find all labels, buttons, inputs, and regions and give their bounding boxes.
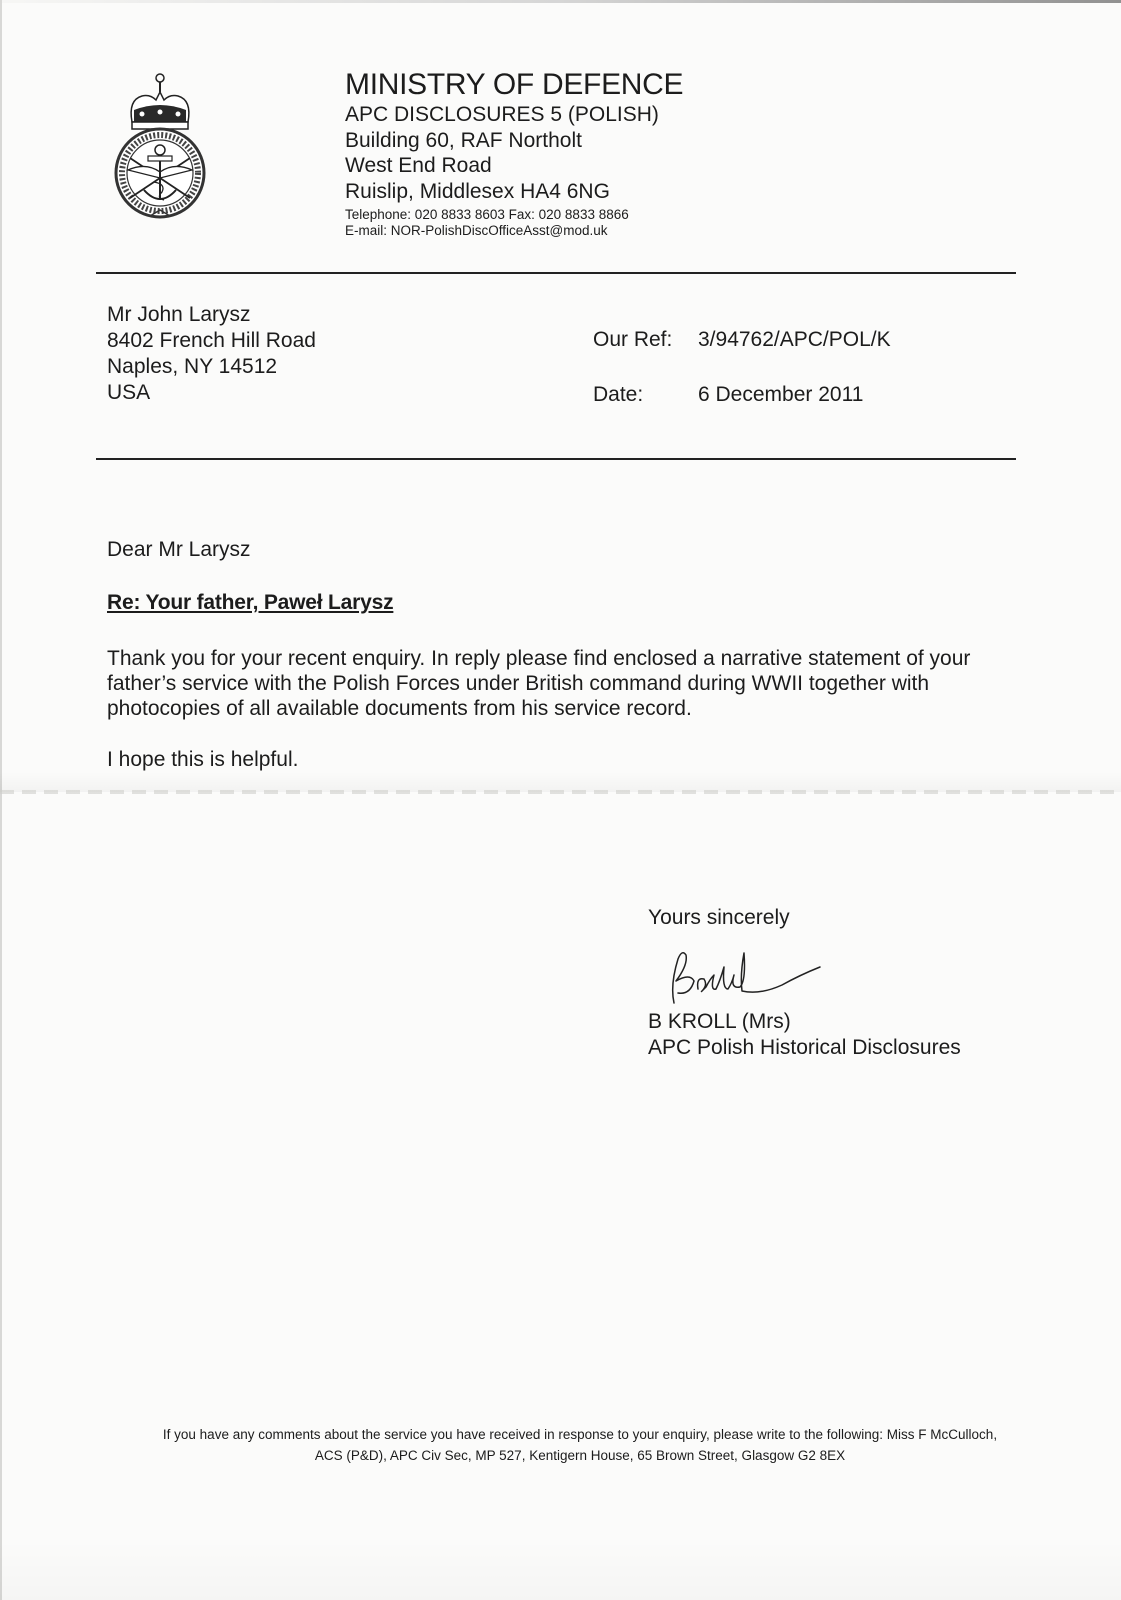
date-row: Date:6 December 2011: [593, 383, 863, 407]
recipient-line: Naples, NY 14512: [107, 354, 316, 380]
contact-email: E-mail: NOR-PolishDiscOfficeAsst@mod.uk: [345, 224, 683, 240]
address-line: West End Road: [345, 155, 683, 181]
scan-left-edge: [0, 0, 2, 1600]
scan-bottom-grain: [0, 1540, 1121, 1600]
body-line: Thank you for your recent enquiry. In re…: [107, 646, 1067, 671]
closing-paragraph: I hope this is helpful.: [107, 748, 298, 772]
salutation: Dear Mr Larysz: [107, 538, 251, 562]
organization-name: MINISTRY OF DEFENCE: [345, 70, 683, 100]
recipient-line: USA: [107, 380, 316, 406]
reference-row: Our Ref:3/94762/APC/POL/K: [593, 328, 891, 352]
fold-shadow: [0, 772, 1121, 792]
body-line: photocopies of all available documents f…: [107, 696, 1067, 721]
body-paragraph: Thank you for your recent enquiry. In re…: [107, 646, 1067, 721]
date-value: 6 December 2011: [698, 383, 863, 406]
address-line: Building 60, RAF Northolt: [345, 130, 683, 156]
footer-line: If you have any comments about the servi…: [100, 1424, 1060, 1445]
handwritten-signature-icon: [660, 945, 840, 1007]
letterhead: MINISTRY OF DEFENCE APC DISCLOSURES 5 (P…: [345, 70, 683, 240]
signatory-name: B KROLL (Mrs): [648, 1010, 791, 1034]
body-line: father’s service with the Polish Forces …: [107, 671, 1067, 696]
reference-label: Our Ref:: [593, 328, 698, 352]
subject-line: Re: Your father, Paweł Larysz: [107, 591, 393, 615]
armed-forces-crest-icon: [106, 70, 214, 220]
scan-top-edge: [0, 0, 1121, 3]
footer-line: ACS (P&D), APC Civ Sec, MP 527, Kentiger…: [100, 1445, 1060, 1466]
department-name: APC DISCLOSURES 5 (POLISH): [345, 104, 683, 130]
recipient-line: Mr John Larysz: [107, 302, 316, 328]
contact-phone-fax: Telephone: 020 8833 8603 Fax: 020 8833 8…: [345, 208, 683, 224]
sign-off: Yours sincerely: [648, 906, 790, 930]
recipient-line: 8402 French Hill Road: [107, 328, 316, 354]
address-line: Ruislip, Middlesex HA4 6NG: [345, 181, 683, 207]
date-label: Date:: [593, 383, 698, 407]
paper-fold-line: [0, 790, 1121, 794]
header-divider: [96, 272, 1016, 274]
complaints-footer: If you have any comments about the servi…: [100, 1424, 1060, 1466]
address-divider: [96, 458, 1016, 460]
reference-value: 3/94762/APC/POL/K: [698, 328, 891, 351]
recipient-address: Mr John Larysz 8402 French Hill Road Nap…: [107, 302, 316, 406]
signatory-title: APC Polish Historical Disclosures: [648, 1036, 961, 1060]
